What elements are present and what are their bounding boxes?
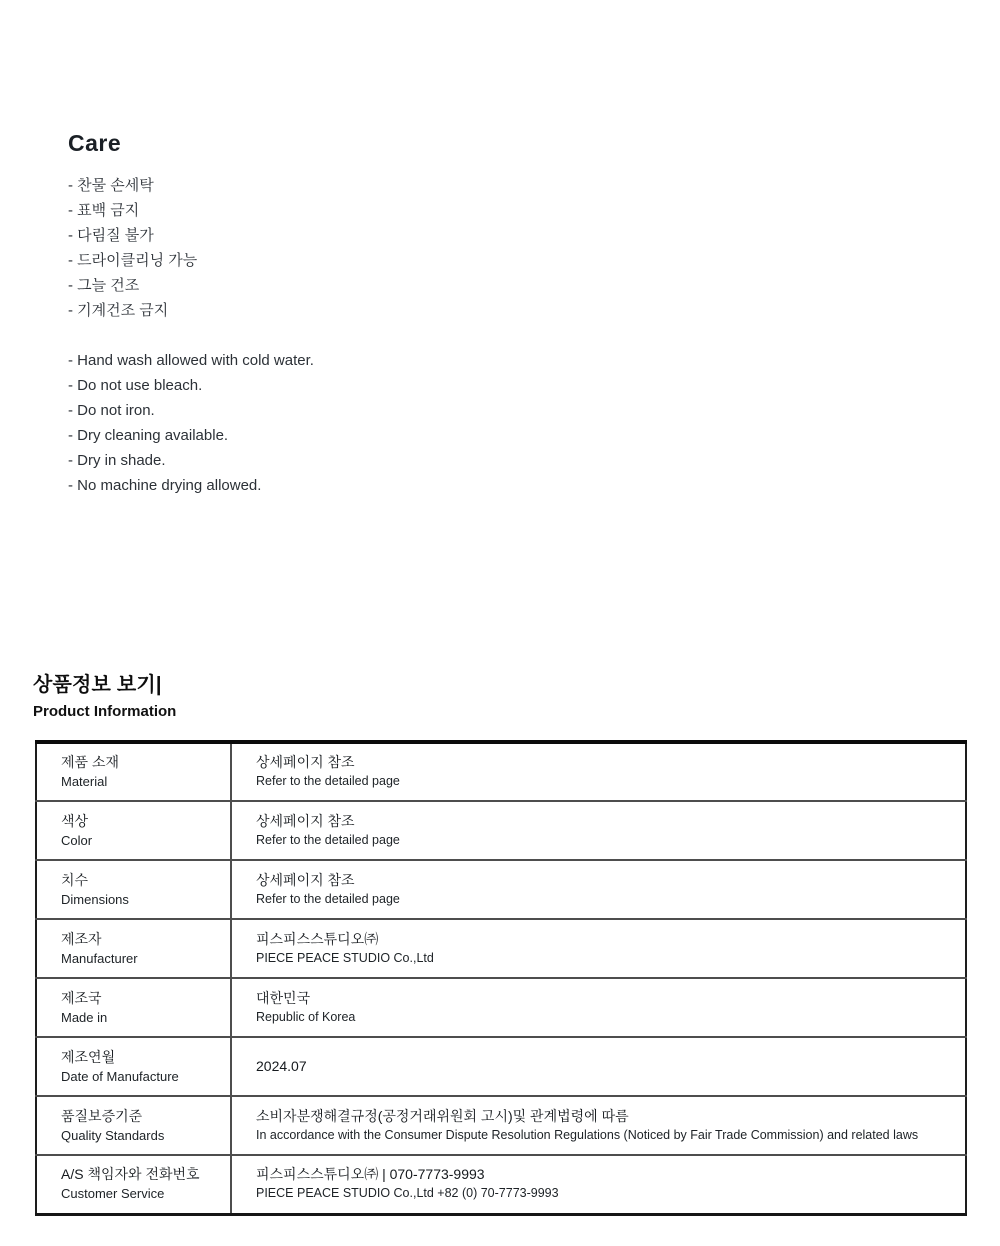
row-value-english: Refer to the detailed page [256, 890, 955, 909]
care-list-english: - Hand wash allowed with cold water. - D… [68, 348, 314, 498]
row-value-korean: 상세페이지 참조 [256, 753, 955, 772]
row-label-korean: A/S 책임자와 전화번호 [61, 1165, 220, 1184]
care-list-korean: - 찬물 손세탁 - 표백 금지 - 다림질 불가 - 드라이클리닝 가능 - … [68, 173, 314, 323]
row-value-korean: 대한민국 [256, 989, 955, 1008]
row-label-english: Color [61, 831, 220, 850]
product-info-title-english: Product Information [33, 703, 176, 720]
row-value-cell: 2024.07 [231, 1037, 966, 1096]
care-title: Care [68, 130, 314, 157]
table-row-dimensions: 치수 Dimensions 상세페이지 참조 Refer to the deta… [36, 860, 966, 919]
row-value-english: Refer to the detailed page [256, 831, 955, 850]
row-value-cell: 소비자분쟁해결규정(공정거래위원회 고시)및 관계법령에 따름 In accor… [231, 1096, 966, 1155]
row-label-english: Manufacturer [61, 949, 220, 968]
row-label-cell: 제품 소재 Material [36, 742, 231, 801]
row-label-cell: 제조연월 Date of Manufacture [36, 1037, 231, 1096]
table-row-made-in: 제조국 Made in 대한민국 Republic of Korea [36, 978, 966, 1037]
row-value-cell: 상세페이지 참조 Refer to the detailed page [231, 860, 966, 919]
table-row-manufacturer: 제조자 Manufacturer 피스피스스튜디오㈜ PIECE PEACE S… [36, 919, 966, 978]
care-item-korean: - 기계건조 금지 [68, 298, 314, 323]
row-label-cell: 제조자 Manufacturer [36, 919, 231, 978]
row-value-english: In accordance with the Consumer Dispute … [256, 1126, 955, 1145]
table-row-customer-service: A/S 책임자와 전화번호 Customer Service 피스피스스튜디오㈜… [36, 1155, 966, 1214]
row-value-english: Refer to the detailed page [256, 772, 955, 791]
row-value-korean: 상세페이지 참조 [256, 812, 955, 831]
row-value-cell: 상세페이지 참조 Refer to the detailed page [231, 801, 966, 860]
table-row-color: 색상 Color 상세페이지 참조 Refer to the detailed … [36, 801, 966, 860]
row-label-english: Date of Manufacture [61, 1067, 220, 1086]
row-value-korean: 피스피스스튜디오㈜ [256, 930, 955, 949]
row-label-english: Dimensions [61, 890, 220, 909]
row-label-english: Customer Service [61, 1184, 220, 1203]
care-item-english: - Dry cleaning available. [68, 423, 314, 448]
row-value-korean: 소비자분쟁해결규정(공정거래위원회 고시)및 관계법령에 따름 [256, 1107, 955, 1126]
row-label-korean: 색상 [61, 812, 220, 831]
care-item-english: - Do not use bleach. [68, 373, 314, 398]
product-info-title-korean: 상품정보 보기| [33, 668, 176, 697]
row-label-korean: 제조국 [61, 989, 220, 1008]
care-item-korean: - 찬물 손세탁 [68, 173, 314, 198]
care-item-korean: - 드라이클리닝 가능 [68, 248, 314, 273]
row-label-english: Material [61, 772, 220, 791]
care-section: Care - 찬물 손세탁 - 표백 금지 - 다림질 불가 - 드라이클리닝 … [68, 130, 314, 498]
care-item-english: - Dry in shade. [68, 448, 314, 473]
row-label-korean: 제품 소재 [61, 753, 220, 772]
row-label-korean: 제조자 [61, 930, 220, 949]
row-label-cell: 치수 Dimensions [36, 860, 231, 919]
row-value-english: PIECE PEACE STUDIO Co.,Ltd [256, 949, 955, 968]
care-item-english: - No machine drying allowed. [68, 473, 314, 498]
table-row-quality-standards: 품질보증기준 Quality Standards 소비자분쟁해결규정(공정거래위… [36, 1096, 966, 1155]
care-item-english: - Hand wash allowed with cold water. [68, 348, 314, 373]
row-value-cell: 대한민국 Republic of Korea [231, 978, 966, 1037]
row-label-korean: 치수 [61, 871, 220, 890]
table-row-date-of-manufacture: 제조연월 Date of Manufacture 2024.07 [36, 1037, 966, 1096]
row-value-english: PIECE PEACE STUDIO Co.,Ltd +82 (0) 70-77… [256, 1184, 955, 1203]
row-value-korean: 피스피스스튜디오㈜ | 070-7773-9993 [256, 1165, 955, 1184]
row-label-korean: 제조연월 [61, 1048, 220, 1067]
row-value-english: Republic of Korea [256, 1008, 955, 1027]
row-label-english: Quality Standards [61, 1126, 220, 1145]
product-info-table: 제품 소재 Material 상세페이지 참조 Refer to the det… [35, 740, 967, 1216]
row-label-english: Made in [61, 1008, 220, 1027]
care-item-korean: - 표백 금지 [68, 198, 314, 223]
row-value-cell: 피스피스스튜디오㈜ | 070-7773-9993 PIECE PEACE ST… [231, 1155, 966, 1214]
care-item-korean: - 다림질 불가 [68, 223, 314, 248]
row-value-cell: 피스피스스튜디오㈜ PIECE PEACE STUDIO Co.,Ltd [231, 919, 966, 978]
row-value-korean: 2024.07 [256, 1057, 955, 1076]
row-label-cell: 제조국 Made in [36, 978, 231, 1037]
row-label-cell: A/S 책임자와 전화번호 Customer Service [36, 1155, 231, 1214]
row-label-cell: 색상 Color [36, 801, 231, 860]
row-label-korean: 품질보증기준 [61, 1107, 220, 1126]
care-item-english: - Do not iron. [68, 398, 314, 423]
table-row-material: 제품 소재 Material 상세페이지 참조 Refer to the det… [36, 742, 966, 801]
product-info-heading: 상품정보 보기| Product Information [33, 668, 176, 720]
row-value-korean: 상세페이지 참조 [256, 871, 955, 890]
row-value-cell: 상세페이지 참조 Refer to the detailed page [231, 742, 966, 801]
row-label-cell: 품질보증기준 Quality Standards [36, 1096, 231, 1155]
care-item-korean: - 그늘 건조 [68, 273, 314, 298]
